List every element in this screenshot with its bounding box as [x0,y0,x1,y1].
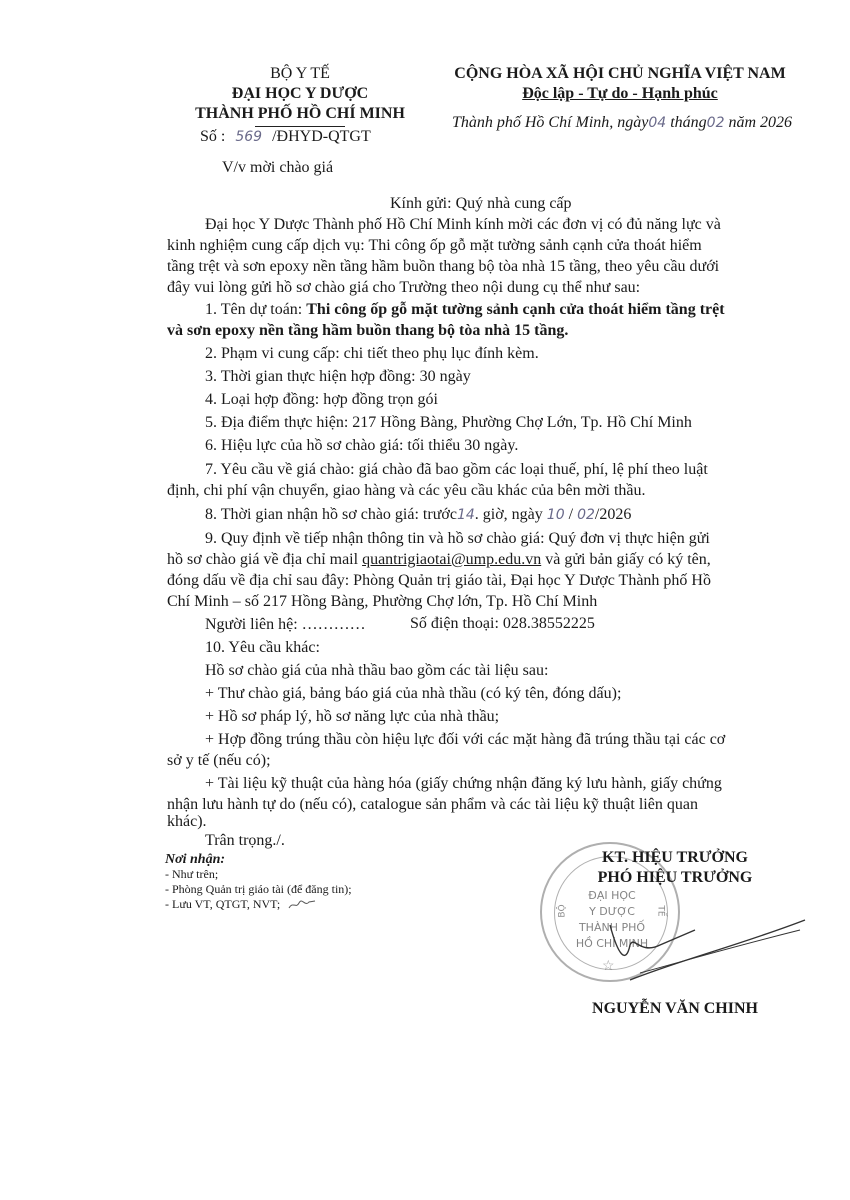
contact-person: Người liên hệ: ………… [205,615,366,635]
month-handwritten: 02 [707,115,725,131]
ministry-name: BỘ Y TẾ [175,64,425,84]
item-5: 5. Địa điểm thực hiện: 217 Hồng Bàng, Ph… [205,413,692,433]
university-name-line1: ĐẠI HỌC Y DƯỢC [175,84,425,104]
item-9-text: hồ sơ chào giá về địa chỉ mail [167,551,362,568]
item-9: 9. Quy định về tiếp nhận thông tin và hồ… [167,529,799,549]
phone-number: Số điện thoại: 028.38552225 [410,615,595,633]
place-prefix: Thành phố Hồ Chí Minh, ngày [452,114,648,131]
stamp-side-text: BỘ [558,904,568,917]
recipients: Nơi nhận: - Như trên; - Phòng Quản trị g… [165,852,352,912]
deadline-month: 02 [577,507,595,523]
item-9-text: và gửi bản giấy có ký tên, [541,551,711,568]
recipient-item: - Lưu VT, QTGT, NVT; [165,897,352,912]
item-10: 10. Yêu cầu khác: [205,638,320,658]
item-8-mid: . giờ, ngày [475,506,547,523]
item-8: 8. Thời gian nhận hồ sơ chào giá: trước1… [205,505,631,525]
recipient-text: - Lưu VT, QTGT, NVT; [165,897,280,911]
item-2: 2. Phạm vi cung cấp: chi tiết theo phụ l… [205,344,539,364]
number-label: Số : [200,128,225,145]
requirement-bullet-cont: sở y tế (nếu có); [167,751,799,771]
signatory-line1: KT. HIỆU TRƯỞNG [540,848,810,868]
deadline-hour: 14 [457,507,475,523]
year-label: năm 2026 [729,114,793,131]
stamp-line: ĐẠI HỌC [542,888,682,904]
closing: Trân trọng./. [205,832,285,850]
number-suffix: /ĐHYD-QTGT [272,128,371,145]
deadline-year: /2026 [595,506,631,523]
nation-name: CỘNG HÒA XÃ HỘI CHỦ NGHĨA VIỆT NAM [430,64,810,84]
recipients-title: Nơi nhận: [165,852,352,867]
requirement-bullet: + Tài liệu kỹ thuật của hàng hóa (giấy c… [167,774,799,794]
signature-icon [600,905,810,985]
item-7-cont: định, chi phí vận chuyển, giao hàng và c… [167,481,799,501]
header-rule [255,126,345,127]
item-9-cont: đóng dấu về địa chỉ sau đây: Phòng Quản … [167,571,799,591]
initials-icon [287,899,317,911]
item-4: 4. Loại hợp đồng: hợp đồng trọn gói [205,390,438,410]
salutation: Kính gửi: Quý nhà cung cấp [390,195,572,213]
number-handwritten: 569 [235,129,262,145]
signatory-line2: PHÓ HIỆU TRƯỞNG [540,868,810,888]
requirement-bullet: + Thư chào giá, bảng báo giá của nhà thầ… [205,684,621,704]
national-header: CỘNG HÒA XÃ HỘI CHỦ NGHĨA VIỆT NAM Độc l… [430,64,810,104]
item-1-title-cont: và sơn epoxy nền tầng hầm buồn thang bộ … [167,321,799,341]
item-7: 7. Yêu cầu về giá chào: giá chào đã bao … [167,460,799,480]
item-10-intro: Hồ sơ chào giá của nhà thầu bao gồm các … [205,661,548,681]
recipient-item: - Phòng Quản trị giáo tài (để đăng tin); [165,882,352,897]
intro-line: tầng trệt và sơn epoxy nền tầng hầm buồn… [167,257,799,277]
recipient-item: - Như trên; [165,867,352,882]
item-9-cont: Chí Minh – số 217 Hồng Bàng, Phường Chợ … [167,592,799,612]
requirement-bullet: + Hồ sơ pháp lý, hồ sơ năng lực của nhà … [205,707,499,727]
day-handwritten: 04 [648,115,666,131]
subject-line: V/v mời chào giá [222,159,333,177]
item-8-label: 8. Thời gian nhận hồ sơ chào giá: trước [205,506,457,523]
requirement-bullet: + Hợp đồng trúng thầu còn hiệu lực đối v… [167,730,799,750]
intro-line: đây vui lòng gửi hồ sơ chào giá cho Trườ… [167,278,799,298]
month-label: tháng [670,114,706,131]
intro-line: Đại học Y Dược Thành phố Hồ Chí Minh kín… [167,215,799,235]
place-date: Thành phố Hồ Chí Minh, ngày04 tháng02 nă… [432,114,812,132]
item-1-title: Thi công ốp gỗ mặt tường sảnh cạnh cửa t… [306,301,724,318]
university-name-line2: THÀNH PHỐ HỒ CHÍ MINH [175,104,425,124]
document-number: Số : 569 /ĐHYD-QTGT [200,128,371,146]
intro-line: kinh nghiệm cung cấp dịch vụ: Thi công ố… [167,236,799,256]
item-1-label: 1. Tên dự toán: [205,301,306,318]
item-1: 1. Tên dự toán: Thi công ốp gỗ mặt tường… [205,300,725,320]
deadline-day: 10 [547,507,565,523]
item-6: 6. Hiệu lực của hồ sơ chào giá: tối thiể… [205,436,518,456]
national-motto: Độc lập - Tự do - Hạnh phúc [430,84,810,104]
email-link[interactable]: quantrigiaotai@ump.edu.vn [362,551,541,568]
signatory-title: KT. HIỆU TRƯỞNG PHÓ HIỆU TRƯỞNG [540,848,810,888]
signer-name: NGUYỄN VĂN CHINH [540,1000,810,1018]
issuing-authority: BỘ Y TẾ ĐẠI HỌC Y DƯỢC THÀNH PHỐ HỒ CHÍ … [175,64,425,131]
requirement-bullet-cont: khác). [167,812,799,832]
item-9-cont: hồ sơ chào giá về địa chỉ mail quantrigi… [167,550,799,570]
item-3: 3. Thời gian thực hiện hợp đồng: 30 ngày [205,367,471,387]
